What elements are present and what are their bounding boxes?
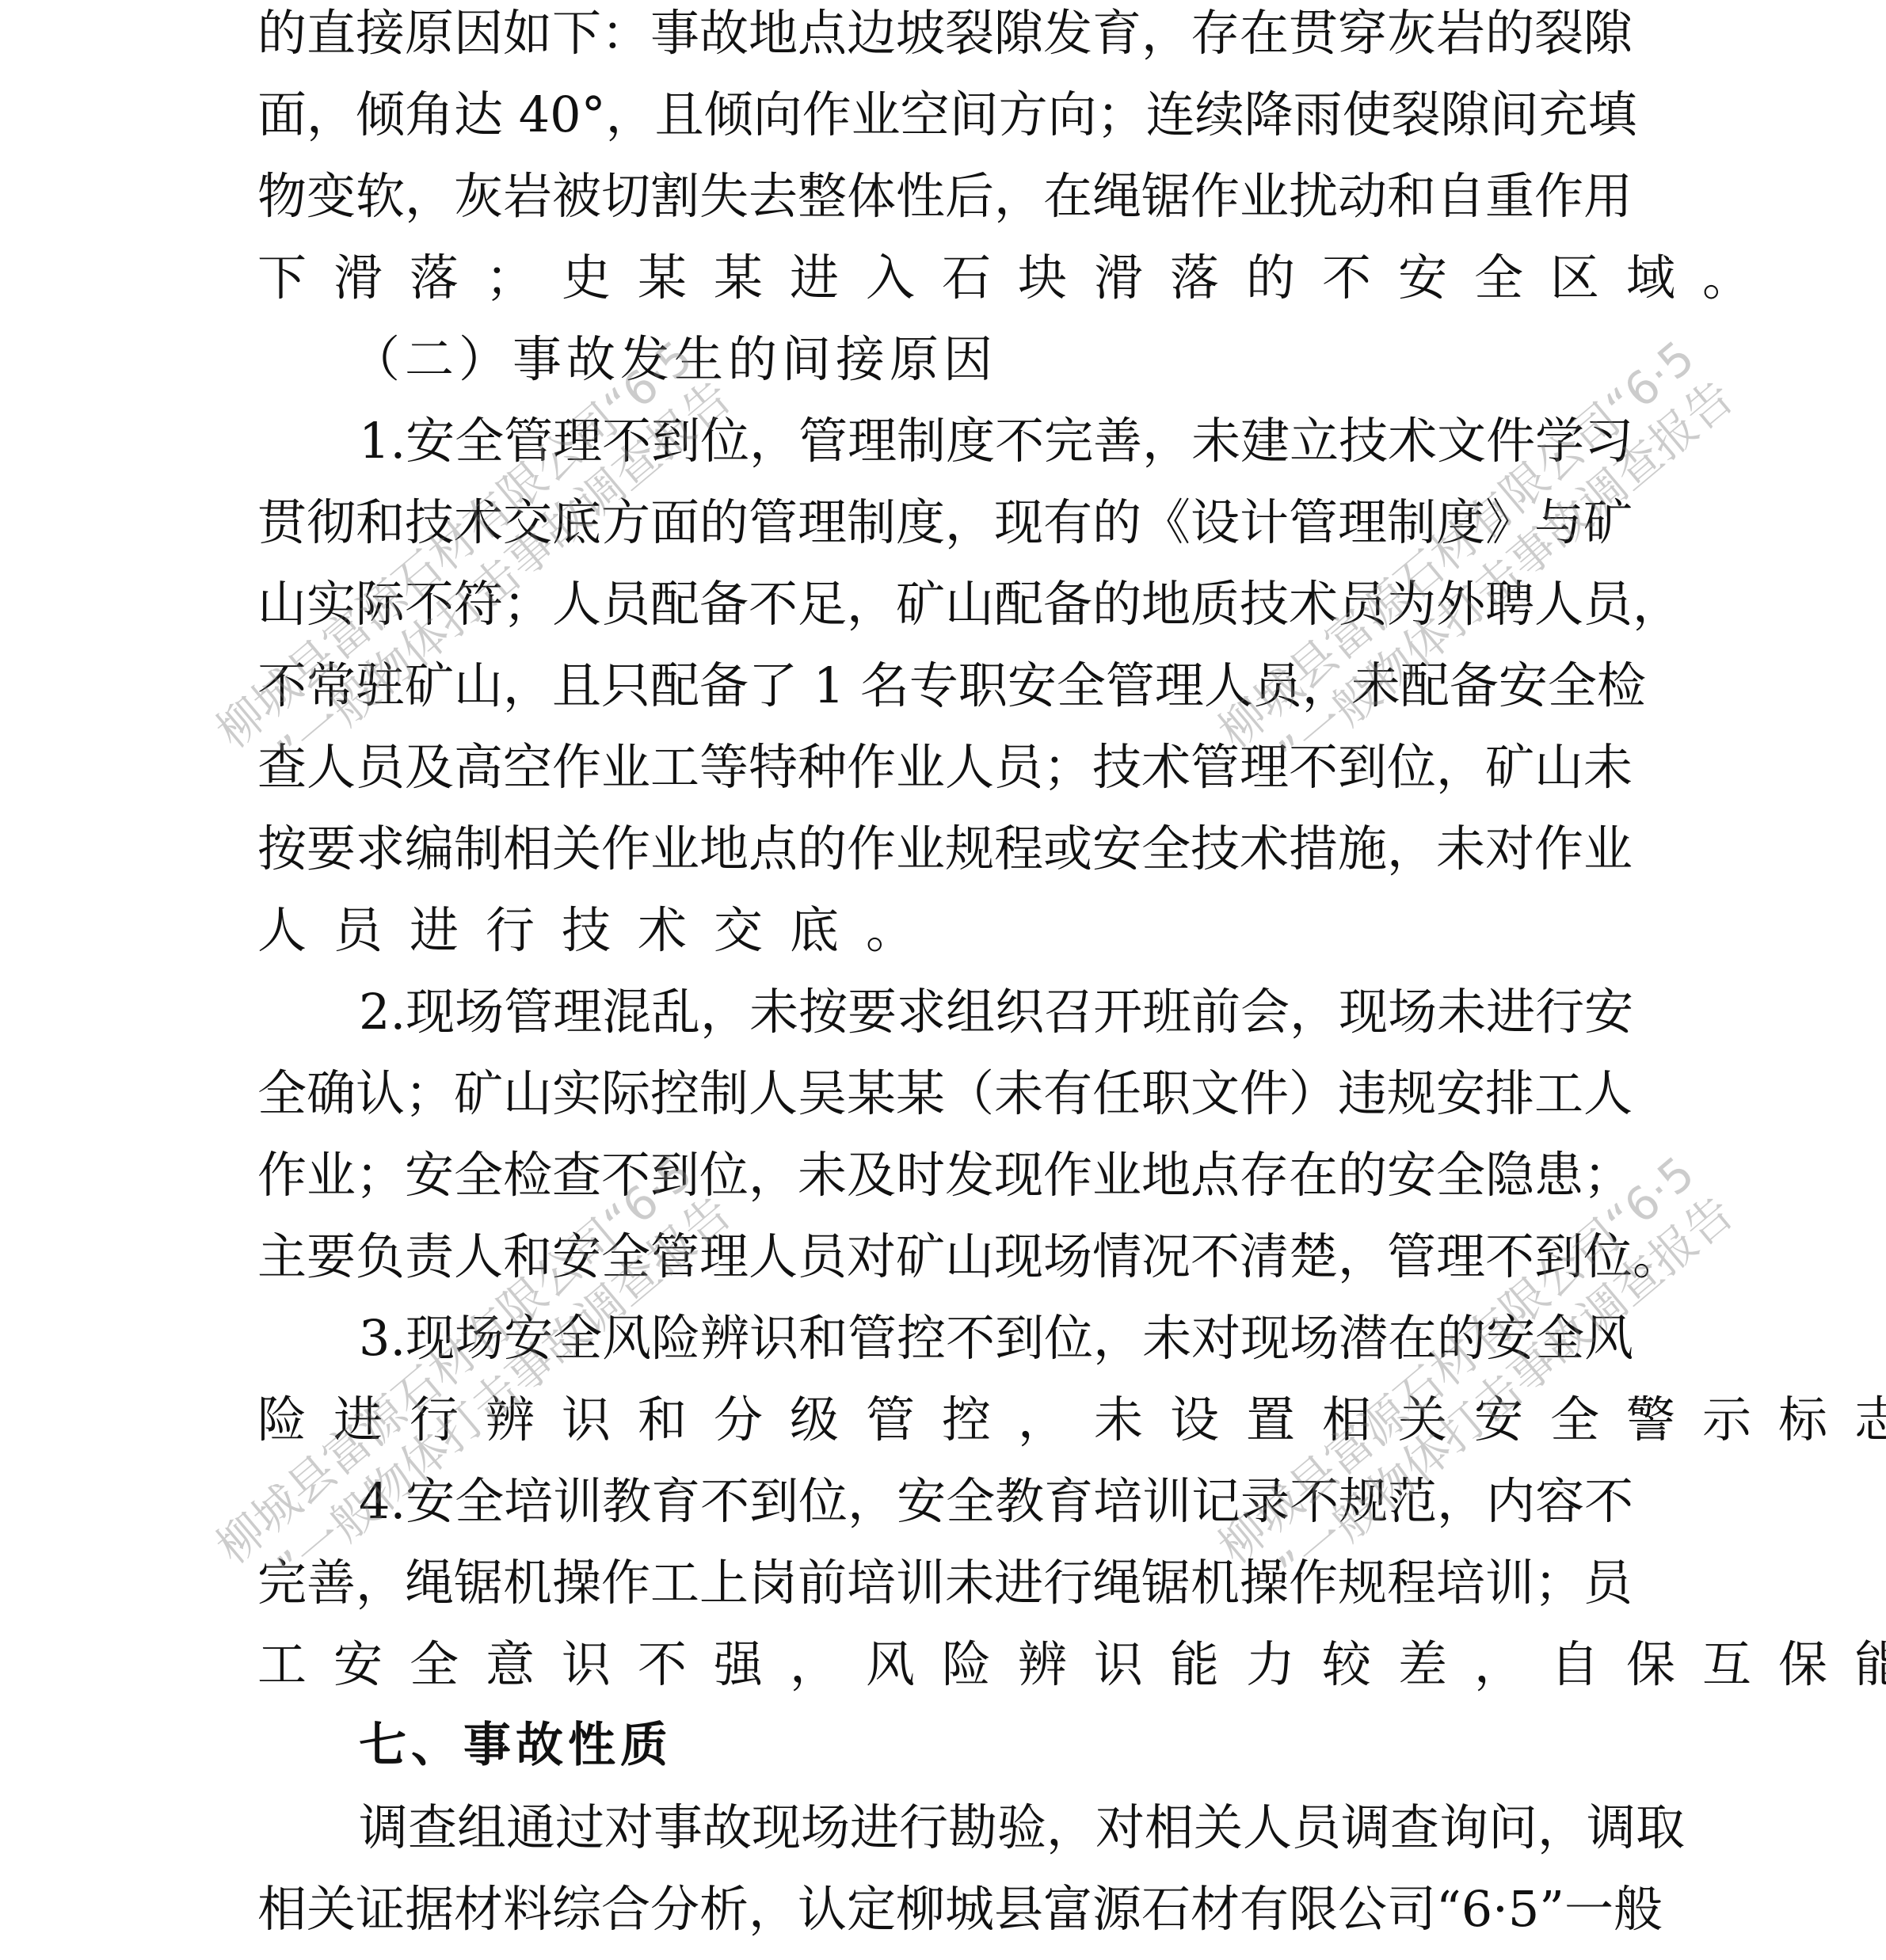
paragraph-line: 不常驻矿山，且只配备了 1 名专职安全管理人员，未配备安全检 bbox=[257, 645, 1659, 726]
paragraph-line: 人员进行技术交底。 bbox=[257, 889, 1659, 971]
paragraph-line: 工安全意识不强，风险辨识能力较差，自保互保能力不强。 bbox=[257, 1623, 1659, 1705]
paragraph-line: 3.现场安全风险辨识和管控不到位，未对现场潜在的安全风 bbox=[257, 1297, 1659, 1379]
section-heading-accident-nature: 七、事故性质 bbox=[257, 1705, 1659, 1787]
paragraph-line: 完善，绳锯机操作工上岗前培训未进行绳锯机操作规程培训；员 bbox=[257, 1542, 1659, 1623]
paragraph-line: 作业；安全检查不到位，未及时发现作业地点存在的安全隐患； bbox=[257, 1134, 1659, 1216]
paragraph-line: 调查组通过对事故现场进行勘验，对相关人员调查询问，调取 bbox=[257, 1787, 1659, 1868]
paragraph-line: 1.安全管理不到位，管理制度不完善，未建立技术文件学习 bbox=[257, 400, 1659, 481]
paragraph-line: 全确认；矿山实际控制人吴某某（未有任职文件）违规安排工人 bbox=[257, 1052, 1659, 1134]
document-body: 的直接原因如下：事故地点边坡裂隙发育，存在贯穿灰岩的裂隙 面，倾角达 40°，且… bbox=[257, 0, 1659, 1950]
paragraph-line: 面，倾角达 40°，且倾向作业空间方向；连续降雨使裂隙间充填 bbox=[257, 74, 1659, 155]
document-page: 的直接原因如下：事故地点边坡裂隙发育，存在贯穿灰岩的裂隙 面，倾角达 40°，且… bbox=[0, 0, 1886, 1960]
paragraph-line: 相关证据材料综合分析，认定柳城县富源石材有限公司“6·5”一般 bbox=[257, 1868, 1659, 1950]
paragraph-line: 险进行辨识和分级管控，未设置相关安全警示标志。 bbox=[257, 1379, 1659, 1460]
paragraph-line: 主要负责人和安全管理人员对矿山现场情况不清楚，管理不到位。 bbox=[257, 1216, 1659, 1297]
paragraph-line: 山实际不符；人员配备不足，矿山配备的地质技术员为外聘人员， bbox=[257, 563, 1659, 645]
paragraph-line: 2.现场管理混乱，未按要求组织召开班前会，现场未进行安 bbox=[257, 971, 1659, 1052]
paragraph-line: 4.安全培训教育不到位，安全教育培训记录不规范，内容不 bbox=[257, 1460, 1659, 1542]
paragraph-line: 物变软，灰岩被切割失去整体性后，在绳锯作业扰动和自重作用 bbox=[257, 155, 1659, 237]
paragraph-line: 的直接原因如下：事故地点边坡裂隙发育，存在贯穿灰岩的裂隙 bbox=[257, 0, 1659, 74]
paragraph-line: 查人员及高空作业工等特种作业人员；技术管理不到位，矿山未 bbox=[257, 726, 1659, 808]
paragraph-line: 下滑落；史某某进入石块滑落的不安全区域。 bbox=[257, 237, 1659, 318]
paragraph-line: 贯彻和技术交底方面的管理制度，现有的《设计管理制度》与矿 bbox=[257, 481, 1659, 563]
paragraph-line: 按要求编制相关作业地点的作业规程或安全技术措施，未对作业 bbox=[257, 808, 1659, 889]
subheading-indirect-causes: （二）事故发生的间接原因 bbox=[257, 318, 1659, 400]
